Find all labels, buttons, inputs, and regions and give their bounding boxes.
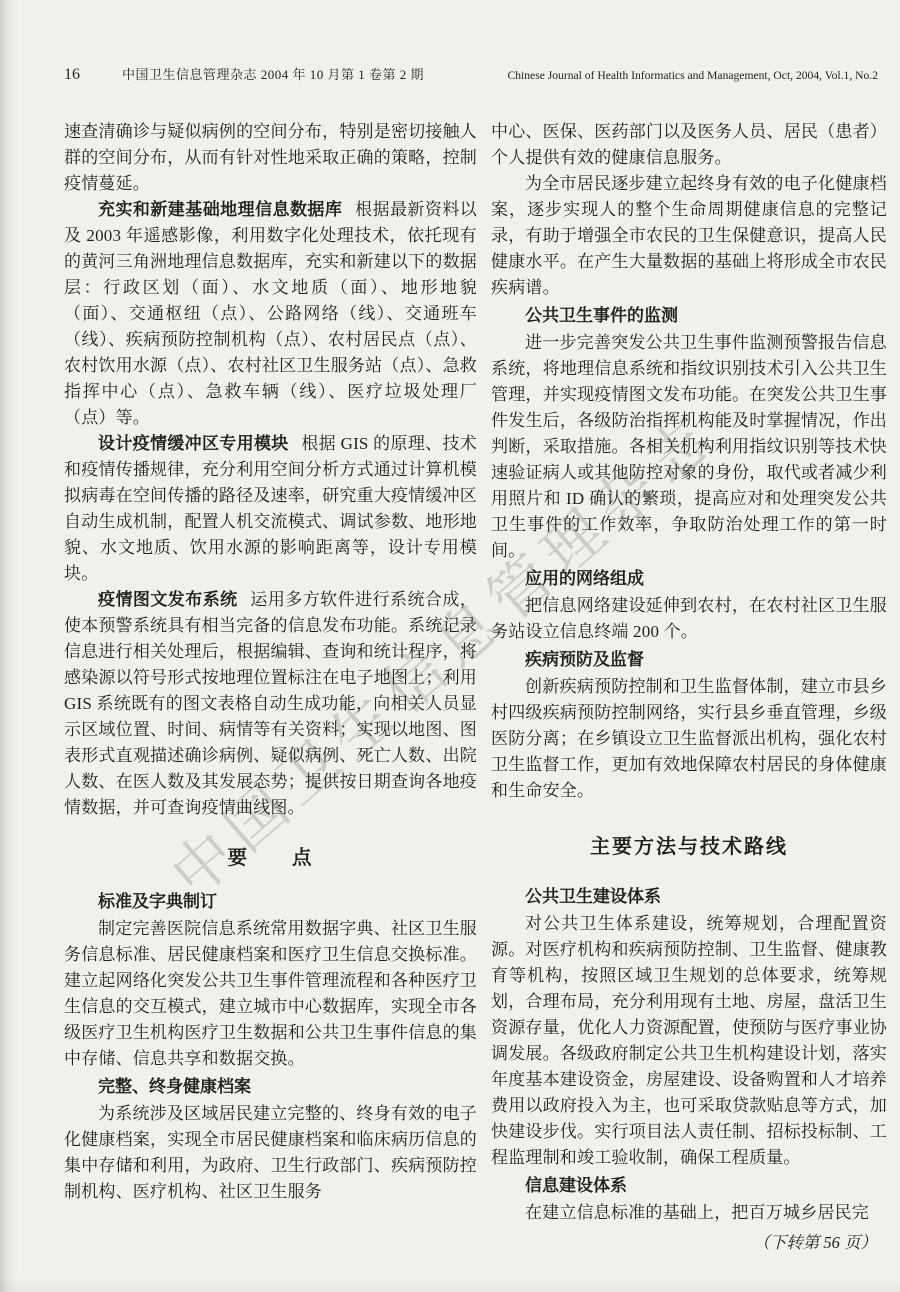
paragraph-text: 为全市居民逐步建立起终身有效的电子化健康档案，逐步实现人的整个生命周期健康信息的… (491, 174, 887, 297)
paragraph-lifelong-records: 为全市居民逐步建立起终身有效的电子化健康档案，逐步实现人的整个生命周期健康信息的… (491, 171, 887, 301)
paragraph-network-composition: 把信息网络建设延伸到农村，在农村社区卫生服务站设立信息终端 200 个。 (491, 593, 887, 645)
section-heading-methods: 主要方法与技术路线 (491, 834, 887, 860)
subheading-network-composition: 应用的网络组成 (491, 566, 887, 592)
paragraph-text: 运用多方软件进行系统合成，使本预警系统具有相当完备的信息发布功能。系统记录信息进… (64, 590, 477, 817)
paragraph-text: 速查清确诊与疑似病例的空间分布，特别是密切接触人群的空间分布，从而有针对性地采取… (64, 122, 477, 193)
page-number: 16 (64, 66, 122, 84)
journal-title-cn: 中国卫生信息管理杂志 2004 年 10 月第 1 卷第 2 期 (122, 64, 424, 83)
paragraph-event-monitoring: 进一步完善突发公共卫生事件监测预警报告信息系统，将地理信息系统和指纹识别技术引入… (491, 330, 887, 564)
continuation-note: （下转第 56 页） (491, 1230, 887, 1256)
paragraph-text: 把信息网络建设延伸到农村，在农村社区卫生服务站设立信息终端 200 个。 (491, 596, 887, 641)
run-in-heading: 疫情图文发布系统 (98, 590, 238, 609)
section-heading-key-points: 要 点 (64, 845, 477, 871)
subheading-public-health-system: 公共卫生建设体系 (491, 884, 887, 910)
paragraph-text: 根据最新资料以及 2003 年遥感影像，利用数字化处理技术，依托现有的黄河三角洲… (64, 200, 477, 427)
paragraph-geo-database: 充实和新建基础地理信息数据库根据最新资料以及 2003 年遥感影像，利用数字化处… (64, 197, 477, 431)
subheading-health-records: 完整、终身健康档案 (64, 1074, 477, 1100)
paragraph-public-health-system: 对公共卫生体系建设，统筹规划，合理配置资源。对医疗机构和疾病预防控制、卫生监督、… (491, 911, 887, 1171)
paragraph-disease-prevention: 创新疾病预防控制和卫生监督体制，建立市县乡村四级疾病预防控制网络，实行县乡垂直管… (491, 674, 887, 804)
paragraph-continuation: 中心、医保、医药部门以及医务人员、居民（患者）个人提供有效的健康信息服务。 (491, 119, 887, 171)
subheading-disease-prevention: 疾病预防及监督 (491, 647, 887, 673)
paragraph-info-system: 在建立信息标准的基础上，把百万城乡居民完 (491, 1200, 887, 1226)
subheading-standards: 标准及字典制订 (64, 889, 477, 915)
paragraph-text: 根据 GIS 的原理、技术和疫情传播规律，充分利用空间分析方式通过计算机模拟病毒… (64, 434, 477, 583)
subheading-event-monitoring: 公共卫生事件的监测 (491, 303, 887, 329)
paragraph-text: 对公共卫生体系建设，统筹规划，合理配置资源。对医疗机构和疾病预防控制、卫生监督、… (491, 914, 887, 1167)
journal-title-en: Chinese Journal of Health Informatics an… (508, 69, 879, 82)
page-header: 16 中国卫生信息管理杂志 2004 年 10 月第 1 卷第 2 期 Chin… (64, 64, 878, 84)
subheading-info-system: 信息建设体系 (491, 1173, 887, 1199)
paragraph-text: 为系统涉及区域居民建立完整的、终身有效的电子化健康档案，实现全市居民健康档案和临… (64, 1104, 477, 1201)
paragraph-text: 创新疾病预防控制和卫生监督体制，建立市县乡村四级疾病预防控制网络，实行县乡垂直管… (491, 677, 887, 800)
right-column: 中心、医保、医药部门以及医务人员、居民（患者）个人提供有效的健康信息服务。 为全… (491, 119, 887, 1256)
run-in-heading: 充实和新建基础地理信息数据库 (98, 200, 342, 219)
paragraph-continuation: 速查清确诊与疑似病例的空间分布，特别是密切接触人群的空间分布，从而有针对性地采取… (64, 119, 477, 197)
left-column: 速查清确诊与疑似病例的空间分布，特别是密切接触人群的空间分布，从而有针对性地采取… (64, 119, 477, 1205)
run-in-heading: 设计疫情缓冲区专用模块 (98, 434, 289, 453)
paragraph-text: 进一步完善突发公共卫生事件监测预警报告信息系统，将地理信息系统和指纹识别技术引入… (491, 333, 887, 560)
paragraph-standards: 制定完善医院信息系统常用数据字典、社区卫生服务信息标准、居民健康档案和医疗卫生信… (64, 916, 477, 1072)
paragraph-text: 制定完善医院信息系统常用数据字典、社区卫生服务信息标准、居民健康档案和医疗卫生信… (64, 919, 477, 1068)
paragraph-text: 在建立信息标准的基础上，把百万城乡居民完 (525, 1203, 869, 1222)
paragraph-health-records: 为系统涉及区域居民建立完整的、终身有效的电子化健康档案，实现全市居民健康档案和临… (64, 1101, 477, 1205)
paragraph-publish-system: 疫情图文发布系统运用多方软件进行系统合成，使本预警系统具有相当完备的信息发布功能… (64, 587, 477, 821)
paragraph-buffer-module: 设计疫情缓冲区专用模块根据 GIS 的原理、技术和疫情传播规律，充分利用空间分析… (64, 431, 477, 587)
paragraph-text: 中心、医保、医药部门以及医务人员、居民（患者）个人提供有效的健康信息服务。 (491, 122, 887, 167)
journal-page: 中国卫生信息管理杂志 16 中国卫生信息管理杂志 2004 年 10 月第 1 … (0, 0, 900, 1292)
